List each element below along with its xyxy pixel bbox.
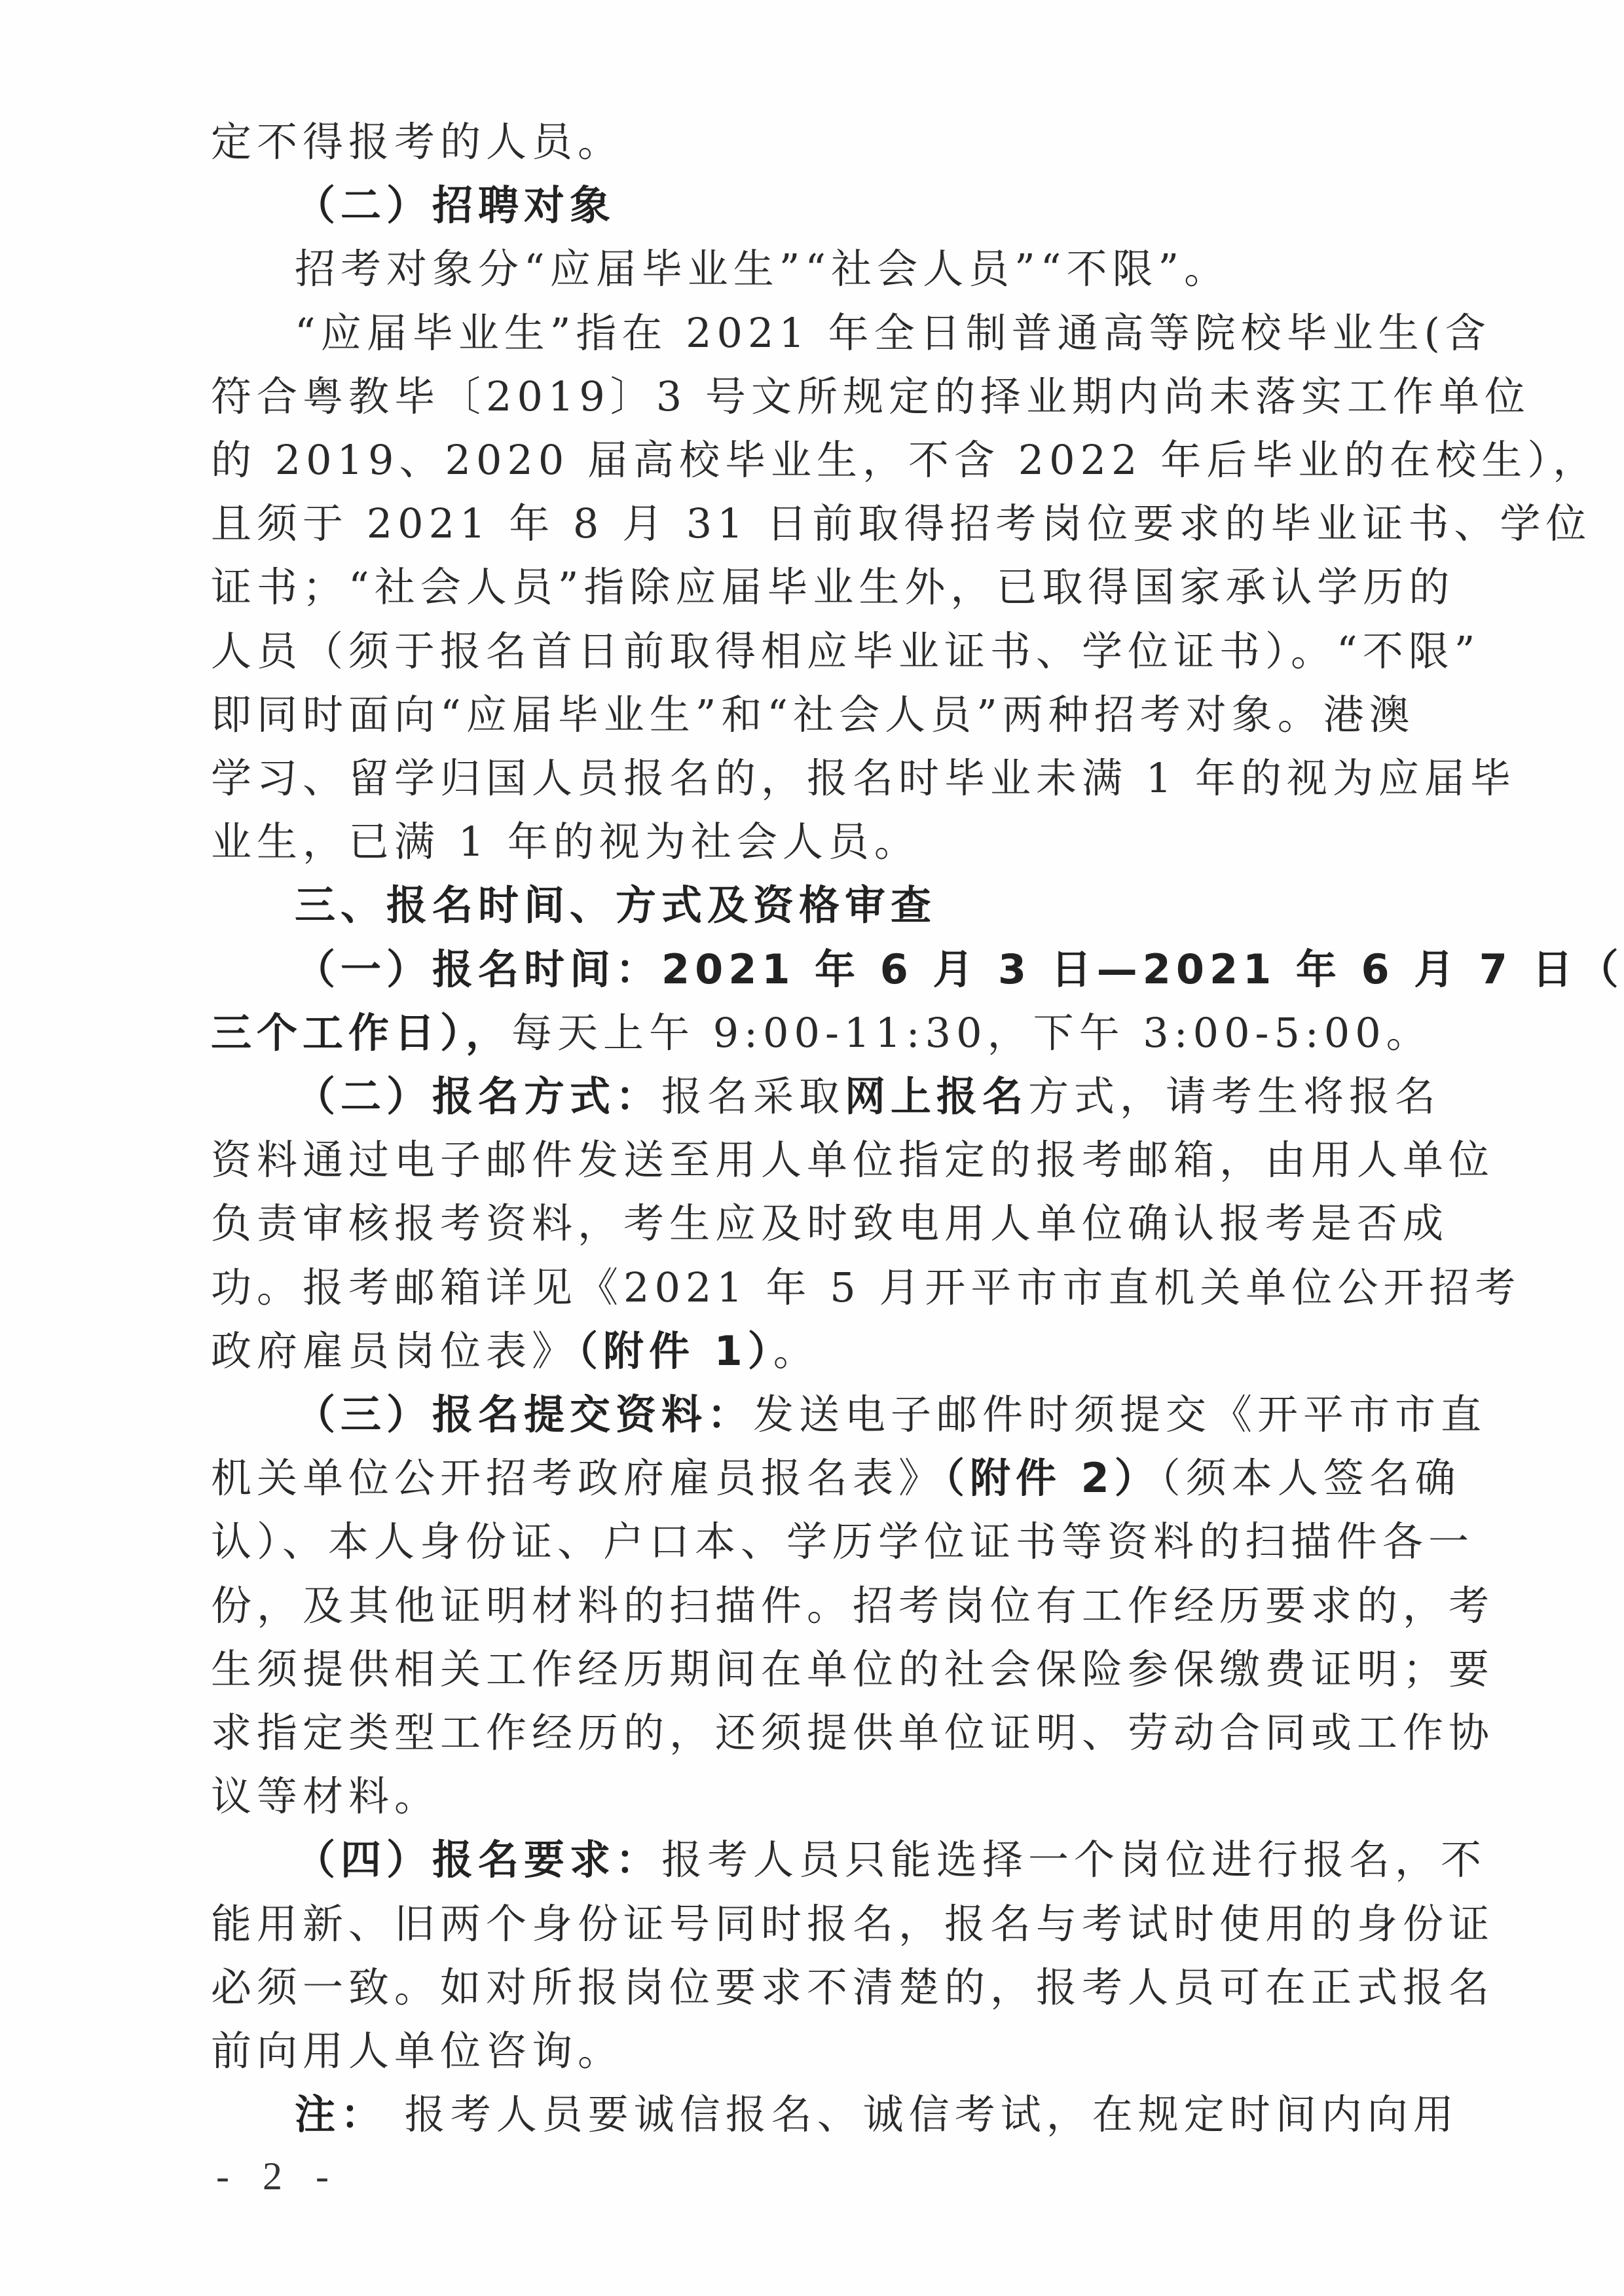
paragraph-line: 业生，已满 1 年的视为社会人员。 — [211, 812, 1403, 871]
body-text: 证书；“社会人员”指除应届毕业生外，已取得国家承认学历的 — [211, 563, 1454, 611]
body-text: 每天上午 9:00-11:30，下午 3:00-5:00。 — [511, 1009, 1432, 1057]
body-text: 招考对象分“应届毕业生”“社会人员”“不限”。 — [295, 245, 1230, 293]
paragraph-line: （一）报名时间：2021 年 6 月 3 日—2021 年 6 月 7 日（共 — [295, 940, 1403, 999]
body-text: 资料通过电子邮件发送至用人单位指定的报考邮箱，由用人单位 — [211, 1136, 1494, 1184]
paragraph-line: 前向用人单位咨询。 — [211, 2022, 1403, 2081]
body-text: 学习、留学归国人员报名的，报名时毕业未满 1 年的视为应届毕 — [211, 754, 1516, 802]
body-text: 议等材料。 — [211, 1772, 440, 1820]
body-text: 报名采取 — [661, 1072, 845, 1120]
paragraph-line: 功。报考邮箱详见《2021 年 5 月开平市市直机关单位公开招考 — [211, 1258, 1403, 1317]
bold-label: （四）报名要求： — [295, 1836, 661, 1884]
bold-label: 网上报名 — [845, 1072, 1028, 1120]
body-text: 的 2019、2020 届高校毕业生，不含 2022 年后毕业的在校生）， — [211, 436, 1598, 484]
body-text: 功。报考邮箱详见《2021 年 5 月开平市市直机关单位公开招考 — [211, 1264, 1521, 1311]
bold-label: （一）报名时间：2021 年 6 月 3 日—2021 年 6 月 7 日（共 — [295, 945, 1624, 993]
paragraph-line: 人员（须于报名首日前取得相应毕业证书、学位证书）。“不限” — [211, 622, 1403, 681]
bold-label: 三个工作日）， — [211, 1009, 511, 1057]
bold-label: （二）报名方式： — [295, 1072, 661, 1120]
body-text: 人员（须于报名首日前取得相应毕业证书、学位证书）。“不限” — [211, 627, 1480, 675]
body-text: 认）、本人身份证、户口本、学历学位证书等资料的扫描件各一 — [211, 1518, 1474, 1565]
document-page: 定不得报考的人员。（二）招聘对象招考对象分“应届毕业生”“社会人员”“不限”。“… — [0, 0, 1624, 2296]
body-text: 报考人员只能选择一个岗位进行报名，不 — [661, 1836, 1486, 1884]
body-text: 机关单位公开招考政府雇员报名表》 — [211, 1454, 944, 1502]
body-text: 政府雇员岗位表》 — [211, 1327, 578, 1375]
body-text: 负责审核报考资料，考生应及时致电用人单位确认报考是否成 — [211, 1199, 1449, 1247]
paragraph-line: 且须于 2021 年 8 月 31 日前取得招考岗位要求的毕业证书、学位 — [211, 494, 1403, 553]
paragraph-line: 份，及其他证明材料的扫描件。招考岗位有工作经历要求的，考 — [211, 1576, 1403, 1635]
bold-label: 注： — [295, 2090, 386, 2138]
body-text: 能用新、旧两个身份证号同时报名，报名与考试时使用的身份证 — [211, 1900, 1494, 1948]
paragraph-line: 机关单位公开招考政府雇员报名表》（附件 2）（须本人签名确 — [211, 1449, 1403, 1508]
paragraph-line: （四）报名要求：报考人员只能选择一个岗位进行报名，不 — [295, 1831, 1403, 1889]
body-text: 报考人员要诚信报名、诚信考试，在规定时间内向用 — [386, 2090, 1459, 2138]
paragraph-line: 负责审核报考资料，考生应及时致电用人单位确认报考是否成 — [211, 1194, 1403, 1253]
page-number: - 2 - — [216, 2154, 341, 2199]
bold-label: （三）报名提交资料： — [295, 1391, 753, 1438]
paragraph-line: 生须提供相关工作经历期间在单位的社会保险参保缴费证明；要 — [211, 1640, 1403, 1699]
body-text: 定不得报考的人员。 — [211, 118, 623, 166]
paragraph-line: 学习、留学归国人员报名的，报名时毕业未满 1 年的视为应届毕 — [211, 749, 1403, 808]
body-text: 业生，已满 1 年的视为社会人员。 — [211, 818, 920, 866]
paragraph-line: （二）报名方式：报名采取网上报名方式，请考生将报名 — [295, 1067, 1403, 1126]
paragraph-line: 招考对象分“应届毕业生”“社会人员”“不限”。 — [295, 240, 1403, 299]
paragraph-line: 即同时面向“应届毕业生”和“社会人员”两种招考对象。港澳 — [211, 685, 1403, 744]
paragraph-line: （三）报名提交资料：发送电子邮件时须提交《开平市市直 — [295, 1385, 1403, 1444]
bold-label: （附件 2） — [944, 1454, 1160, 1502]
paragraph-line: 认）、本人身份证、户口本、学历学位证书等资料的扫描件各一 — [211, 1512, 1403, 1571]
heading-text: （二）招聘对象 — [295, 181, 616, 229]
body-text: 方式，请考生将报名 — [1028, 1072, 1441, 1120]
paragraph-line: 必须一致。如对所报岗位要求不清楚的，报考人员可在正式报名 — [211, 1958, 1403, 2017]
section-heading: （二）招聘对象 — [295, 176, 1403, 235]
body-text: 求指定类型工作经历的，还须提供单位证明、劳动合同或工作协 — [211, 1709, 1494, 1757]
paragraph-line: 注： 报考人员要诚信报名、诚信考试，在规定时间内向用 — [295, 2085, 1403, 2144]
body-text: 份，及其他证明材料的扫描件。招考岗位有工作经历要求的，考 — [211, 1582, 1494, 1630]
body-text: 必须一致。如对所报岗位要求不清楚的，报考人员可在正式报名 — [211, 1963, 1494, 2011]
section-heading: 三、报名时间、方式及资格审查 — [295, 876, 1403, 935]
paragraph-line: “应届毕业生”指在 2021 年全日制普通高等院校毕业生(含 — [295, 304, 1403, 363]
paragraph-line: 的 2019、2020 届高校毕业生，不含 2022 年后毕业的在校生）， — [211, 431, 1403, 490]
heading-text: 三、报名时间、方式及资格审查 — [295, 881, 936, 929]
body-text: 符合粤教毕〔2019〕3 号文所规定的择业期内尚未落实工作单位 — [211, 373, 1530, 420]
paragraph-line: 求指定类型工作经历的，还须提供单位证明、劳动合同或工作协 — [211, 1704, 1403, 1762]
body-text: 发送电子邮件时须提交《开平市市直 — [753, 1391, 1486, 1438]
paragraph-line: 三个工作日），每天上午 9:00-11:30，下午 3:00-5:00。 — [211, 1004, 1403, 1063]
body-text: “应届毕业生”指在 2021 年全日制普通高等院校毕业生(含 — [295, 309, 1491, 357]
paragraph-line: 政府雇员岗位表》（附件 1）。 — [211, 1322, 1403, 1381]
body-text: 前向用人单位咨询。 — [211, 2027, 623, 2075]
bold-label: （附件 1） — [578, 1327, 773, 1375]
body-text: 且须于 2021 年 8 月 31 日前取得招考岗位要求的毕业证书、学位 — [211, 500, 1591, 547]
paragraph-line: 符合粤教毕〔2019〕3 号文所规定的择业期内尚未落实工作单位 — [211, 367, 1403, 426]
paragraph-line: 资料通过电子邮件发送至用人单位指定的报考邮箱，由用人单位 — [211, 1131, 1403, 1190]
body-text: 生须提供相关工作经历期间在单位的社会保险参保缴费证明；要 — [211, 1645, 1494, 1693]
body-text: 即同时面向“应届毕业生”和“社会人员”两种招考对象。港澳 — [211, 691, 1415, 738]
paragraph-line: 定不得报考的人员。 — [211, 113, 1403, 172]
paragraph-line: 证书；“社会人员”指除应届毕业生外，已取得国家承认学历的 — [211, 558, 1403, 617]
body-text: （须本人签名确 — [1160, 1454, 1461, 1502]
paragraph-line: 能用新、旧两个身份证号同时报名，报名与考试时使用的身份证 — [211, 1895, 1403, 1954]
body-text: 。 — [773, 1327, 819, 1375]
paragraph-line: 议等材料。 — [211, 1767, 1403, 1826]
